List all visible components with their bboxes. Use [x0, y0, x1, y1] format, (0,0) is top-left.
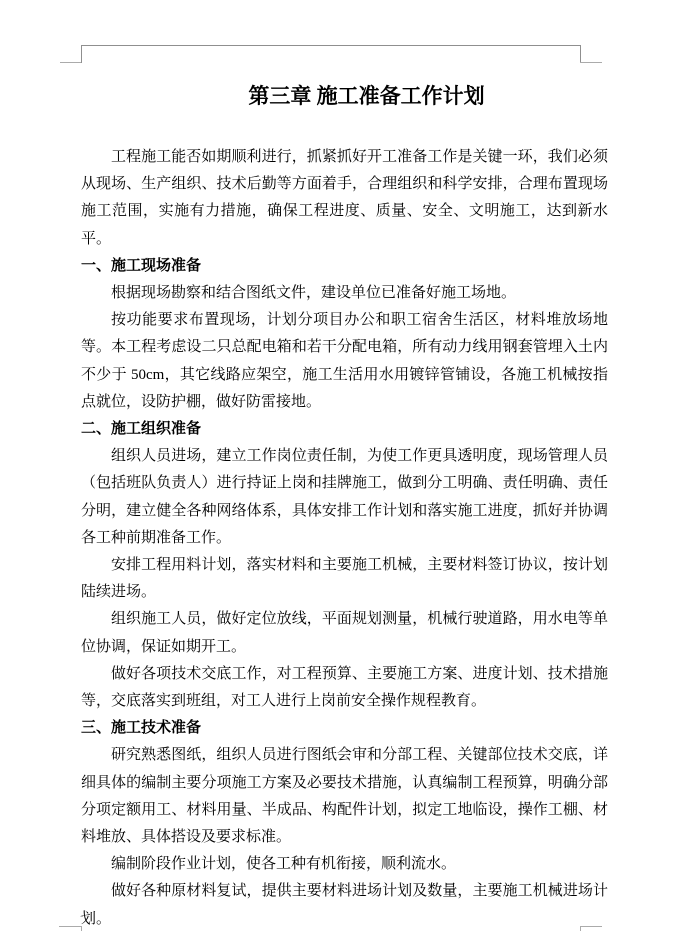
top-right-corner-mark [580, 62, 602, 63]
top-right-corner-mark [580, 45, 581, 63]
page-title: 第三章 施工准备工作计划 [81, 78, 608, 114]
document-page: 第三章 施工准备工作计划 工程施工能否如期顺利进行，抓紧抓好开工准备工作是关键一… [0, 0, 673, 931]
section-heading-organization-preparation: 二、施工组织准备 [81, 416, 608, 443]
paragraph: 研究熟悉图纸，组织人员进行图纸会审和分部工程、关键部位技术交底，详细具体的编制主… [81, 742, 608, 851]
paragraph: 按功能要求布置现场，计划分项目办公和职工宿舍生活区，材料堆放场地等。本工程考虑设… [81, 307, 608, 416]
intro-paragraph: 工程施工能否如期顺利进行，抓紧抓好开工准备工作是关键一环，我们必须从现场、生产组… [81, 144, 608, 253]
top-left-corner-mark [60, 62, 81, 63]
top-left-corner-mark [81, 45, 82, 63]
paragraph: 安排工程用料计划，落实材料和主要施工机械，主要材料签订协议，按计划陆续进场。 [81, 552, 608, 606]
paragraph: 做好各种原材料复试，提供主要材料进场计划及数量，主要施工机械进场计划。 [81, 878, 608, 931]
bottom-left-corner-mark [59, 926, 82, 927]
paragraph: 根据现场勘察和结合图纸文件，建设单位已准备好施工场地。 [81, 280, 608, 307]
paragraph: 编制阶段作业计划，使各工种有机衔接，顺利流水。 [81, 851, 608, 878]
paragraph: 组织施工人员，做好定位放线，平面规划测量，机械行驶道路，用水电等单位协调，保证如… [81, 606, 608, 660]
paragraph: 做好各项技术交底工作，对工程预算、主要施工方案、进度计划、技术措施等，交底落实到… [81, 661, 608, 715]
section-heading-site-preparation: 一、施工现场准备 [81, 253, 608, 280]
section-heading-technical-preparation: 三、施工技术准备 [81, 715, 608, 742]
paragraph: 组织人员进场，建立工作岗位责任制，为使工作更具透明度，现场管理人员（包括班队负责… [81, 443, 608, 552]
document-body: 第三章 施工准备工作计划 工程施工能否如期顺利进行，抓紧抓好开工准备工作是关键一… [81, 78, 608, 931]
footer-dash-mark: -- [79, 913, 92, 922]
top-boundary-line [81, 45, 580, 46]
